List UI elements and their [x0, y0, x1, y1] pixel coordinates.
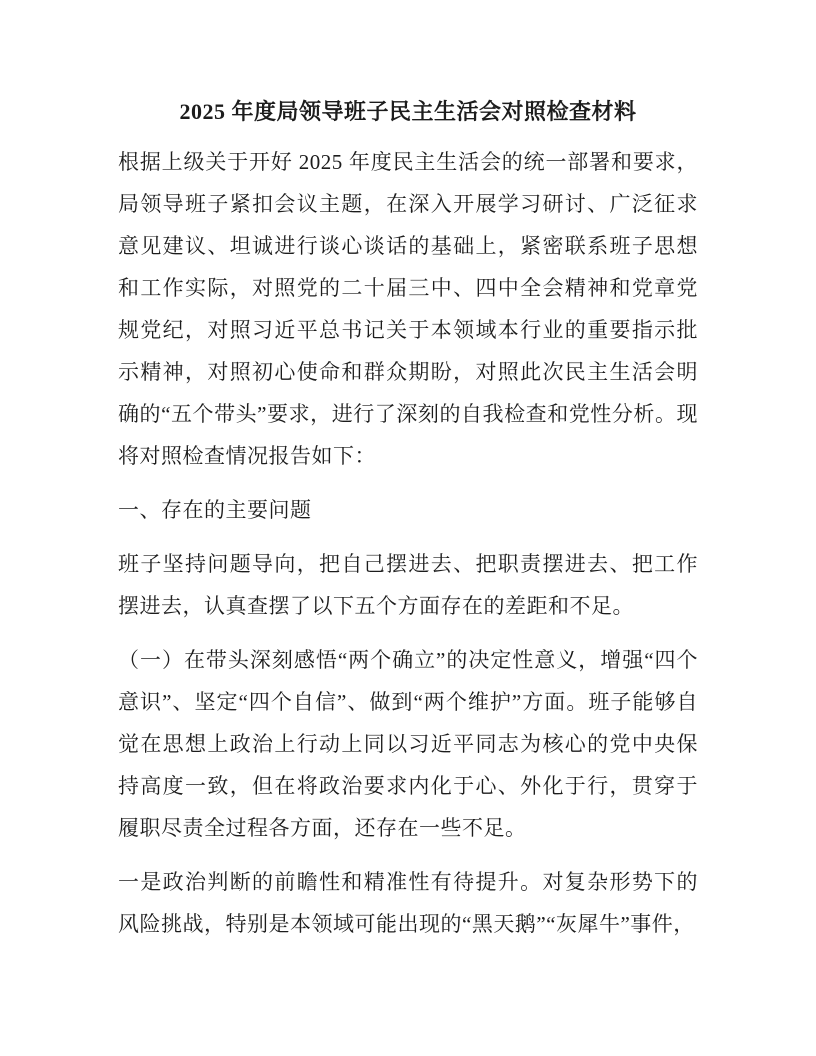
document-title: 2025 年度局领导班子民主生活会对照检查材料 [118, 91, 698, 133]
paragraph-aspect-one: （一）在带头深刻感悟“两个确立”的决定性意义，增强“四个意识”、坚定“四个自信”… [118, 639, 698, 849]
paragraph-point-one: 一是政治判断的前瞻性和精准性有待提升。对复杂形势下的风险挑战，特别是本领域可能出… [118, 861, 698, 945]
paragraph-problem-orientation: 班子坚持问题导向，把自己摆进去、把职责摆进去、把工作摆进去，认真查摆了以下五个方… [118, 543, 698, 627]
section-heading-main-problems: 一、存在的主要问题 [118, 489, 698, 531]
document-page: 2025 年度局领导班子民主生活会对照检查材料 根据上级关于开好 2025 年度… [0, 0, 816, 1056]
paragraph-intro: 根据上级关于开好 2025 年度民主生活会的统一部署和要求，局领导班子紧扣会议主… [118, 141, 698, 477]
